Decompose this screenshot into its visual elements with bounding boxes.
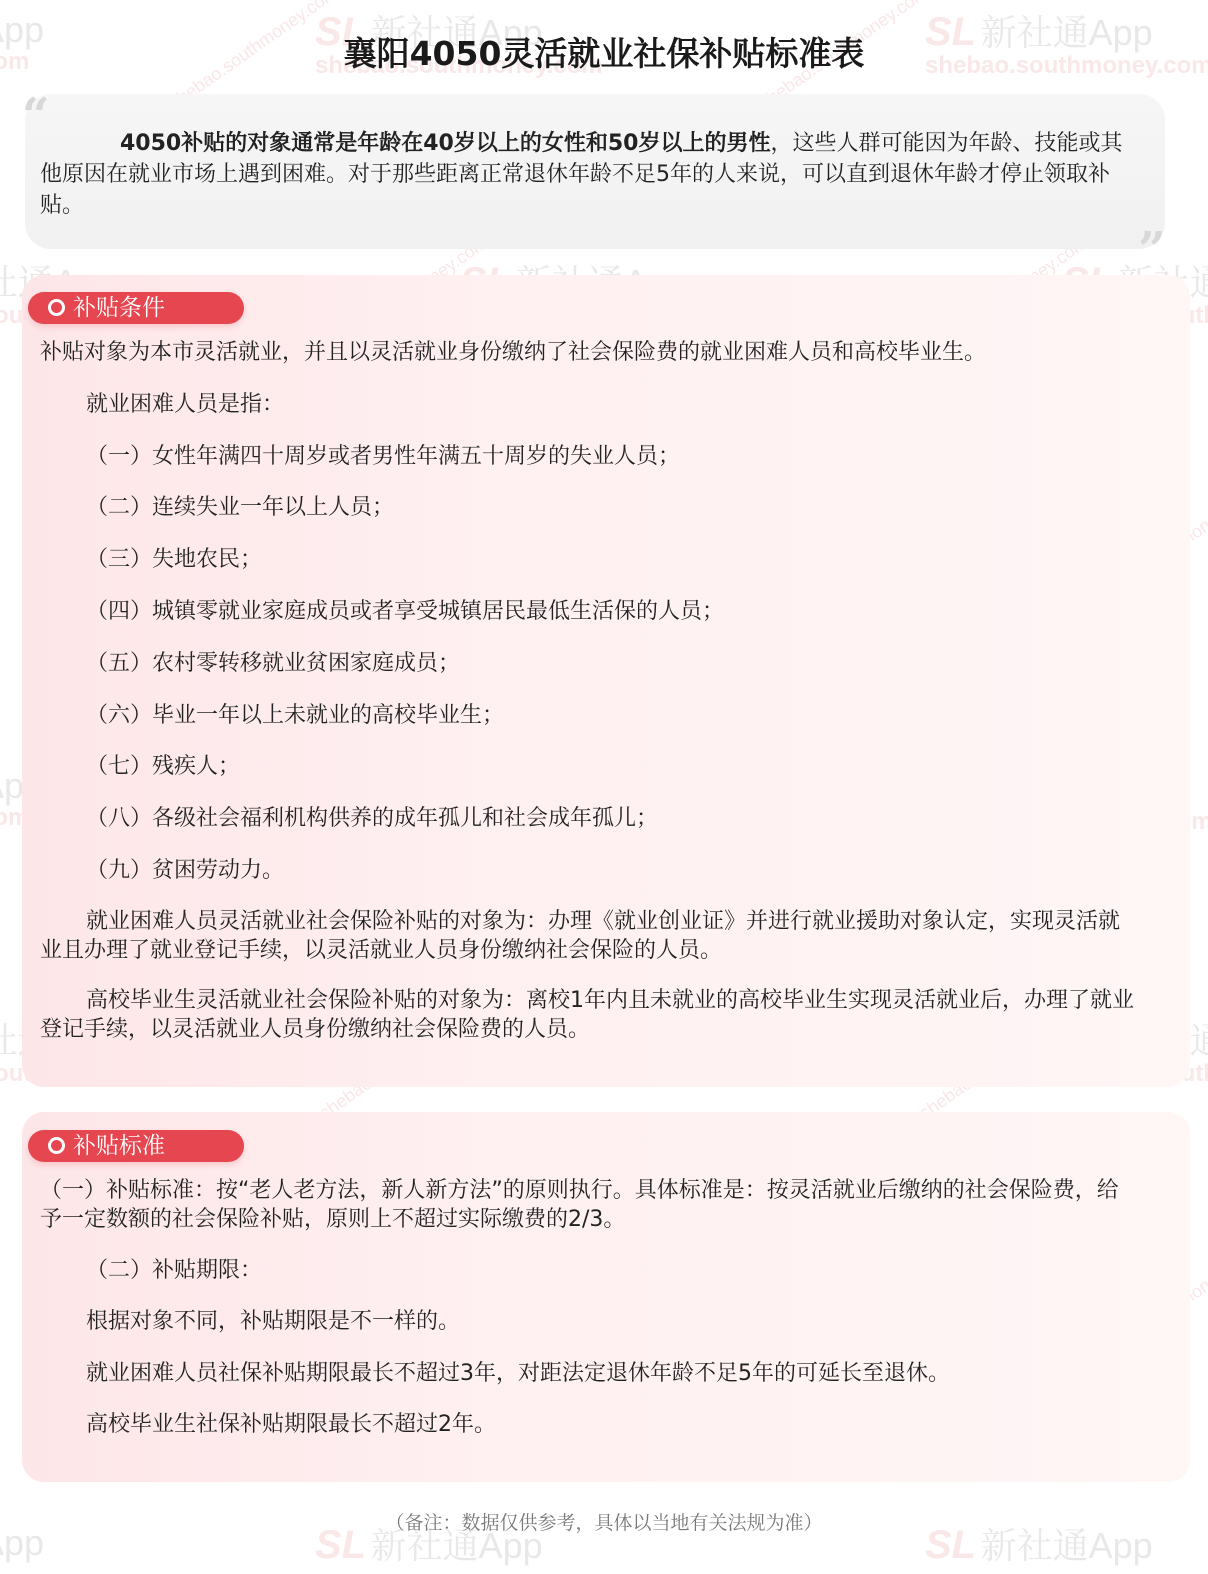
list-item: （七）残疾人； bbox=[40, 752, 1140, 781]
paragraph: 高校毕业生社保补贴期限最长不超过2年。 bbox=[40, 1410, 1140, 1439]
close-quote-icon: ” bbox=[1138, 222, 1166, 278]
page-title: 襄阳4050灵活就业社保补贴标准表 bbox=[0, 28, 1208, 75]
paragraph: 就业困难人员是指： bbox=[40, 390, 1140, 419]
intro-paragraph: 4050补贴的对象通常是年龄在40岁以上的女性和50岁以上的男性，这些人群可能因… bbox=[40, 128, 1140, 221]
paragraph: 根据对象不同，补贴期限是不一样的。 bbox=[40, 1307, 1140, 1336]
paragraph: （一）补贴标准：按“老人老方法，新人新方法”的原则执行。具体标准是：按灵活就业后… bbox=[40, 1176, 1140, 1234]
section-label: 补贴条件 bbox=[73, 295, 165, 321]
list-item: （一）女性年满四十周岁或者男性年满五十周岁的失业人员； bbox=[40, 442, 1140, 471]
intro-highlight: 4050补贴的对象通常是年龄在40岁以上的女性和50岁以上的男性 bbox=[120, 131, 770, 156]
list-item: （五）农村零转移就业贫困家庭成员； bbox=[40, 649, 1140, 678]
section-label: 补贴标准 bbox=[73, 1133, 165, 1159]
section-header-standard: 补贴标准 bbox=[28, 1130, 244, 1162]
list-item: （三）失地农民； bbox=[40, 545, 1140, 574]
list-item: （四）城镇零就业家庭成员或者享受城镇居民最低生活保的人员； bbox=[40, 597, 1140, 626]
paragraph: （二）补贴期限： bbox=[40, 1256, 1140, 1285]
list-item: （六）毕业一年以上未就业的高校毕业生； bbox=[40, 701, 1140, 730]
section-header-conditions: 补贴条件 bbox=[28, 292, 244, 324]
list-item: （二）连续失业一年以上人员； bbox=[40, 493, 1140, 522]
paragraph: 补贴对象为本市灵活就业，并且以灵活就业身份缴纳了社会保险费的就业困难人员和高校毕… bbox=[40, 338, 1140, 367]
paragraph: 就业困难人员灵活就业社会保险补贴的对象为：办理《就业创业证》并进行就业援助对象认… bbox=[40, 907, 1140, 965]
list-item: （九）贫困劳动力。 bbox=[40, 856, 1140, 885]
circle-bullet-icon bbox=[48, 1137, 65, 1154]
footnote: （备注：数据仅供参考，具体以当地有关法规为准） bbox=[0, 1508, 1208, 1535]
paragraph: 就业困难人员社保补贴期限最长不超过3年，对距法定退休年龄不足5年的可延长至退休。 bbox=[40, 1359, 1140, 1388]
list-item: （八）各级社会福利机构供养的成年孤儿和社会成年孤儿； bbox=[40, 804, 1140, 833]
paragraph: 高校毕业生灵活就业社会保险补贴的对象为：离校1年内且未就业的高校毕业生实现灵活就… bbox=[40, 986, 1140, 1044]
circle-bullet-icon bbox=[48, 299, 65, 316]
